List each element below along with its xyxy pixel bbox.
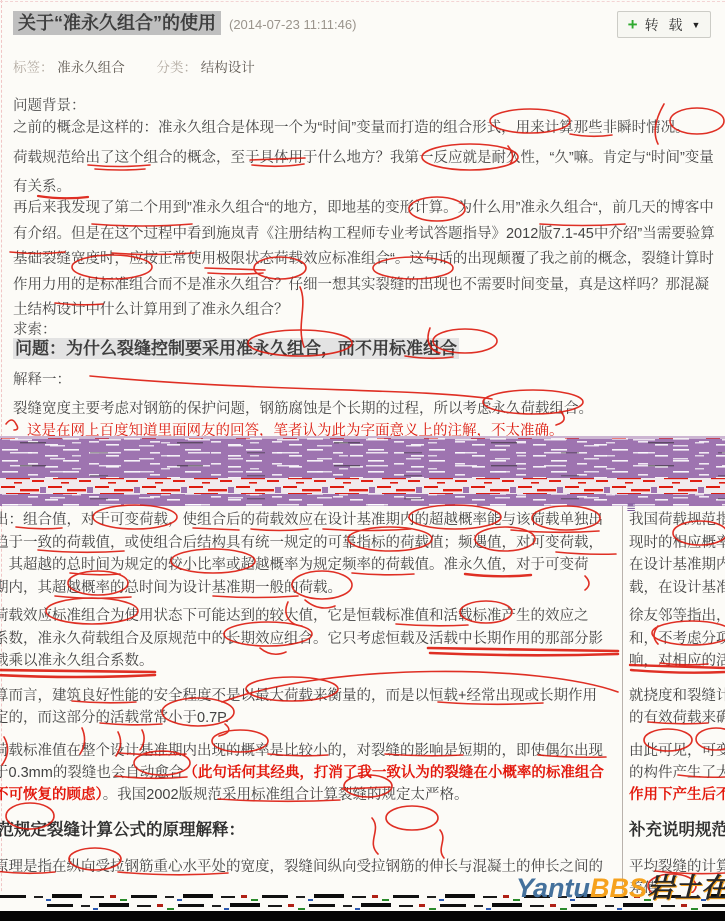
right-col-line: 和，不考虑分项 xyxy=(629,627,725,648)
watermark: YantuBBS岩土在线 xyxy=(516,866,725,905)
right-column: 我国荷载规范指 现时的相应概率 在设计基准期内 载，在设计基准 徐友邻等指出， … xyxy=(629,506,725,896)
blog-post-page: 关于“准永久组合”的使用(2014-07-23 11:11:46) + 转 载 … xyxy=(0,0,725,921)
repost-button-label: 转 载 xyxy=(645,15,686,35)
left-col-heading: 规范规定裂缝计算公式的原理解释： xyxy=(0,816,245,840)
left-col-line: 期内，其超越概率的总时间为设计基准期一般的荷载。 xyxy=(0,576,342,597)
right-col-line: 就挠度和裂缝计 xyxy=(629,684,725,705)
right-col-line: 徐友邻等指出， xyxy=(629,604,725,625)
top-dashed-border xyxy=(0,1,725,2)
left-col-line: 系数，准永久荷载组合及原规范中的长期效应组合。它只考虑恒载及活载中长期作用的那部… xyxy=(0,627,603,648)
watermark-cn: 岩土在线 xyxy=(647,873,725,903)
question-headline: 问题：为什么裂缝控制要采用准永久组合，而不用标准组合 xyxy=(13,334,715,359)
intro-paragraph-3: 再后来我发现了第二个用到”准永久组合“的地方，即地基的变形计算。为什么用”准永久… xyxy=(13,196,715,324)
column-divider xyxy=(622,506,623,894)
bottom-black-bar xyxy=(0,911,725,921)
post-timestamp: (2014-07-23 11:11:46) xyxy=(229,17,356,32)
right-col-red-line: 作用下产生后不 xyxy=(629,783,725,804)
left-col-line: 载乘以准永久组合系数。 xyxy=(0,649,154,670)
right-col-line: 我国荷载规范指 xyxy=(629,508,725,529)
category-link[interactable]: 结构设计 xyxy=(201,60,255,75)
left-col-line: 荷载效应标准组合为使用状态下可能达到的较大值，它是恒载标准值和活载标准产生的效应… xyxy=(0,604,589,625)
line-black-part: 。我国2002版规范采用标准组合计算裂缝的规定太严格。 xyxy=(103,787,469,803)
chevron-down-icon: ▼ xyxy=(691,20,700,30)
right-col-line: 在设计基准期内 xyxy=(629,553,725,574)
line-red-part: 不可恢复的顾虑） xyxy=(0,787,103,803)
left-col-line: 算而言，建筑良好性能的安全程度不是以最大荷载来衡量的，而是以恒载+经常出现或长期… xyxy=(0,684,597,705)
tags-label: 标签： xyxy=(13,60,54,75)
line-black-part: 于0.3mm的裂缝也会自动愈合 xyxy=(0,765,183,781)
watermark-yantu: Yantu xyxy=(516,873,590,903)
background-label: 问题背景： xyxy=(13,94,86,115)
line-red-part: （此句话何其经典，打消了我一致认为的裂缝在小概率的标准组合 xyxy=(183,765,604,781)
censor-scribble-block xyxy=(0,436,725,506)
intro-paragraph-1: 之前的概念是这样的：准永久组合是体现一个为“时间”变量而打造的组合形式，用来计算… xyxy=(13,114,715,143)
right-col-line: 的构件产生了大 xyxy=(629,761,725,782)
left-column: 出：组合值，对于可变荷载，使组合后的荷载效应在设计基准期内的超越概率能与该荷载单… xyxy=(0,506,621,896)
left-col-line: 定的，而这部分的活载常常小于0.7P. xyxy=(0,706,229,727)
right-col-line: 的有效荷载来确 xyxy=(629,706,725,727)
watermark-bbs: BBS xyxy=(590,873,647,903)
explanation-label: 解释一： xyxy=(13,368,71,389)
right-col-line: 由此可见，可变 xyxy=(629,739,725,760)
left-col-line: 于0.3mm的裂缝也会自动愈合（此句话何其经典，打消了我一致认为的裂缝在小概率的… xyxy=(0,761,604,782)
right-col-line: 现时的相应概率 xyxy=(629,531,725,552)
right-col-line: 载，在设计基准 xyxy=(629,576,725,597)
repost-button[interactable]: + 转 载 ▼ xyxy=(617,11,711,38)
category-label: 分类： xyxy=(157,60,198,75)
page-title: 关于“准永久组合”的使用 xyxy=(13,11,221,35)
plus-icon: + xyxy=(628,16,638,33)
left-col-line: ，其超越的总时间为规定的较小比率或超越概率为规定频率的荷载值。准永久值，对于可变… xyxy=(0,553,589,574)
post-header: 关于“准永久组合”的使用(2014-07-23 11:11:46) xyxy=(13,9,356,35)
tags-row: 标签： 准永久组合 分类： 结构设计 xyxy=(13,56,255,76)
left-col-line: 原理是指在纵向受拉钢筋重心水平处的宽度，裂缝间纵向受拉钢筋的伸长与混凝土的伸长之… xyxy=(0,855,603,876)
left-col-line: 出：组合值，对于可变荷载，使组合后的荷载效应在设计基准期内的超越概率能与该荷载单… xyxy=(0,508,603,529)
intro-paragraph-2: 荷载规范给出了这个组合的概念，至于具体用于什么地方？我第一反应就是耐久性，“久”… xyxy=(13,144,715,202)
left-col-line: 趋于一致的荷载值，或使组合后结构具有统一规定的可靠指标的荷载值；频遇值，对可变荷… xyxy=(0,531,603,552)
left-col-line: 不可恢复的顾虑）。我国2002版规范采用标准组合计算裂缝的规定太严格。 xyxy=(0,783,469,804)
right-col-line: 响，对相应的活 xyxy=(629,649,725,670)
right-col-heading: 补充说明规范 xyxy=(629,816,725,840)
left-col-line: 荷载标准值在整个设计基准期内出现的概率是比较小的，对裂缝的影响是短期的，即使偶尔… xyxy=(0,739,603,760)
tag-link[interactable]: 准永久组合 xyxy=(57,60,125,75)
